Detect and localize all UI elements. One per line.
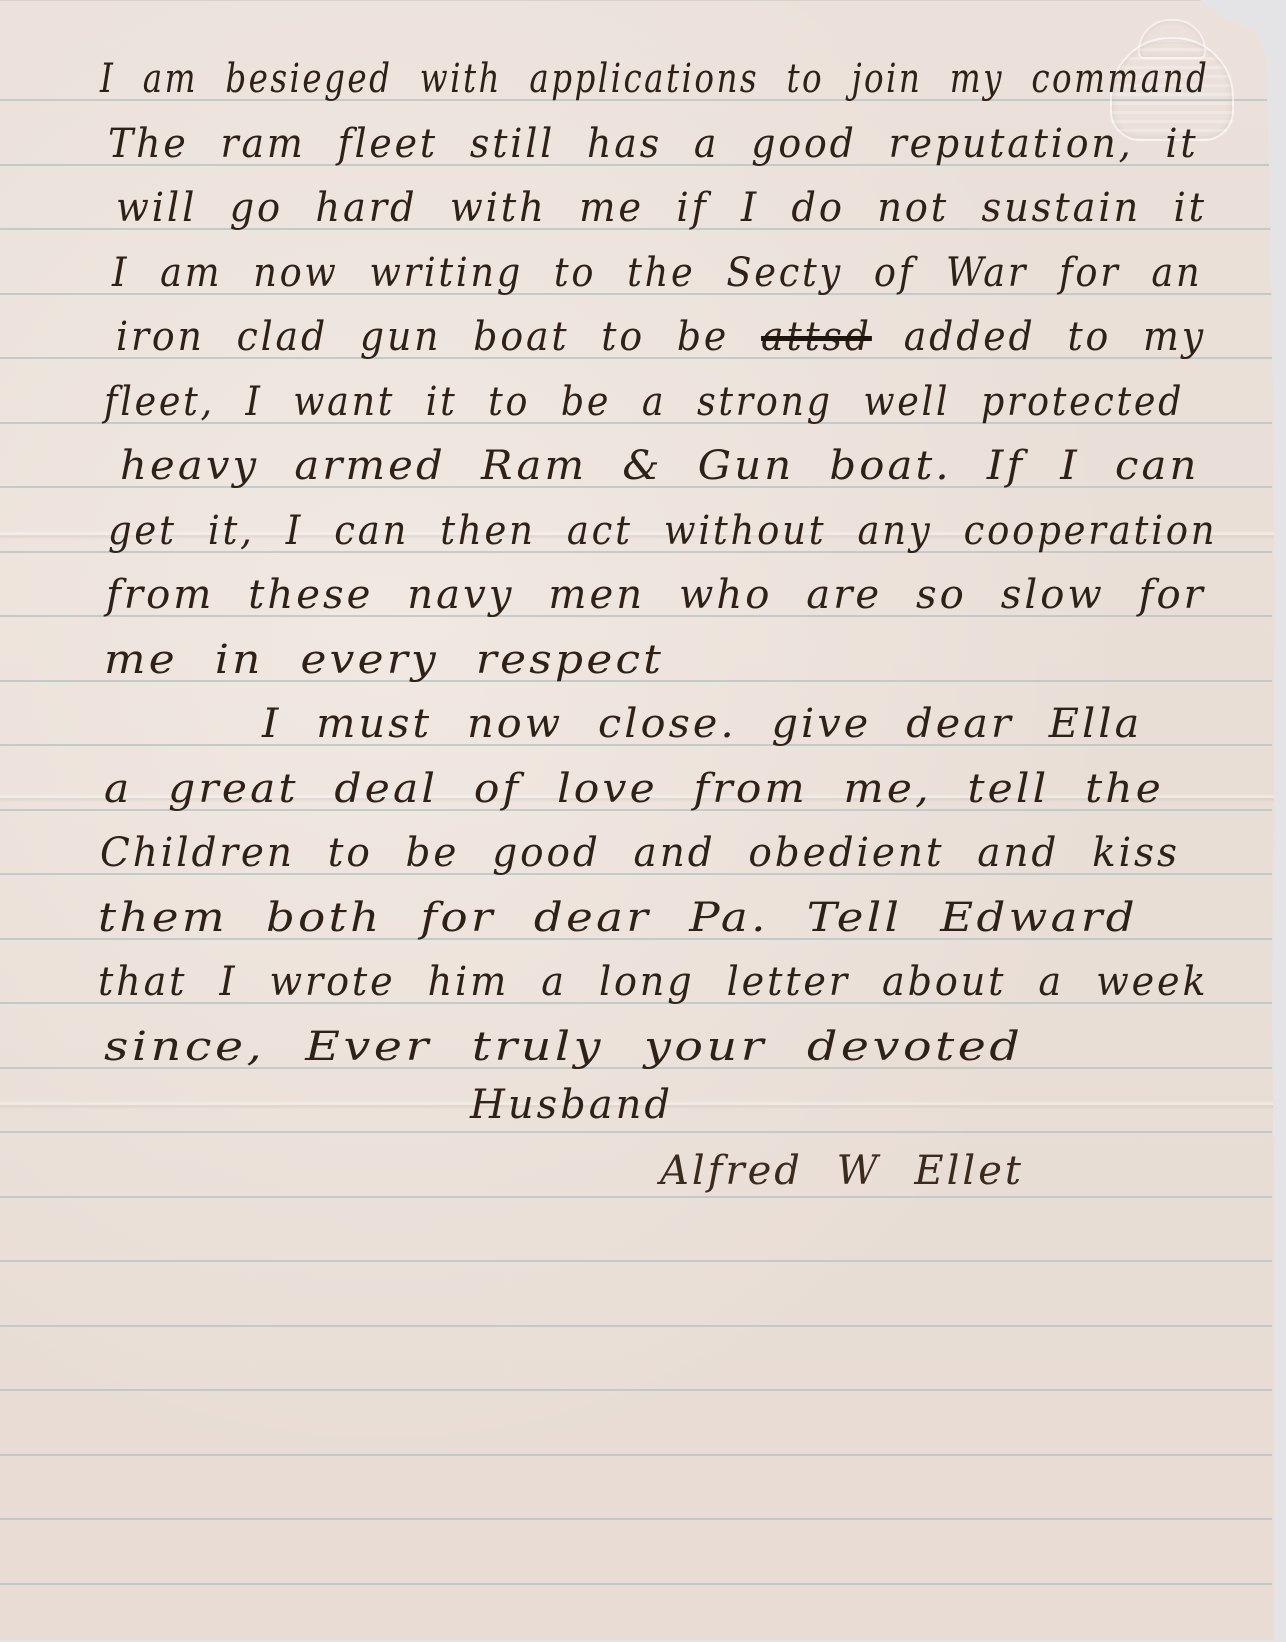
ruled-line bbox=[0, 1518, 1272, 1520]
letter-line: iron clad gun boat to be attsd added to … bbox=[116, 317, 1206, 357]
letter-page: I am besieged with applications to join … bbox=[0, 0, 1274, 1641]
letter-line: I am besieged with applications to join … bbox=[100, 59, 1209, 99]
letter-line: that I wrote him a long letter about a w… bbox=[98, 962, 1208, 1002]
ruled-line bbox=[0, 1131, 1272, 1133]
letter-text: iron clad gun boat to be bbox=[116, 314, 729, 360]
letter-line: get it, I can then act without any coope… bbox=[108, 511, 1217, 551]
struck-word: attsd bbox=[761, 314, 872, 360]
letter-line: I am now writing to the Secty of War for… bbox=[112, 253, 1202, 293]
letter-text: added to my bbox=[904, 314, 1206, 360]
letter-line: from these navy men who are so slow for bbox=[106, 575, 1206, 615]
letter-line: heavy armed Ram & Gun boat. If I can bbox=[120, 446, 1200, 486]
ruled-line bbox=[0, 1583, 1272, 1585]
ruled-line bbox=[0, 1196, 1272, 1198]
letter-signature: Alfred W Ellet bbox=[660, 1151, 1024, 1191]
ruled-line bbox=[0, 1325, 1272, 1327]
letter-line: since, Ever truly your devoted bbox=[104, 1027, 1023, 1067]
letter-line: Children to be good and obedient and kis… bbox=[100, 833, 1180, 873]
letter-closing: Husband bbox=[470, 1085, 673, 1125]
letter-line: them both for dear Pa. Tell Edward bbox=[98, 898, 1138, 938]
letter-line: will go hard with me if I do not sustain… bbox=[116, 188, 1207, 228]
letter-line: fleet, I want it to be a strong well pro… bbox=[104, 382, 1184, 422]
letter-line: I must now close. give dear Ella bbox=[262, 704, 1142, 744]
ruled-line bbox=[0, 1389, 1272, 1391]
ruled-line bbox=[0, 1454, 1272, 1456]
letter-line: The ram fleet still has a good reputatio… bbox=[108, 124, 1198, 164]
letter-line: me in every respect bbox=[104, 640, 664, 680]
ruled-line bbox=[0, 1260, 1272, 1262]
letter-line: a great deal of love from me, tell the bbox=[104, 769, 1164, 809]
